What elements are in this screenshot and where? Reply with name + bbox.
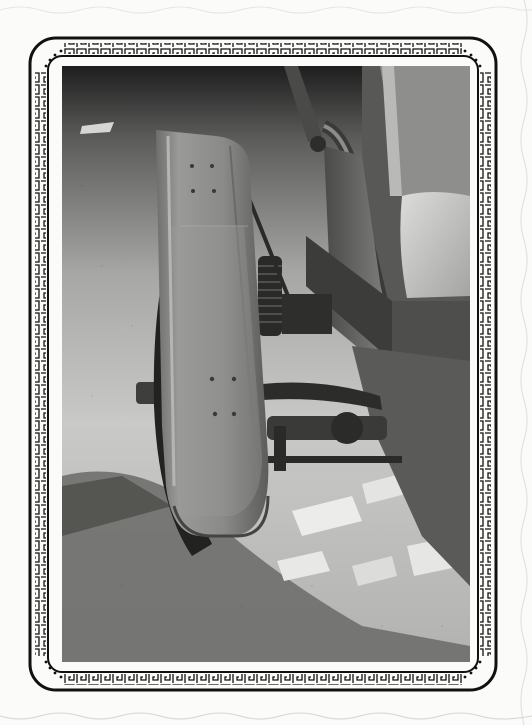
photograph <box>62 66 470 662</box>
photo-print <box>0 0 532 725</box>
